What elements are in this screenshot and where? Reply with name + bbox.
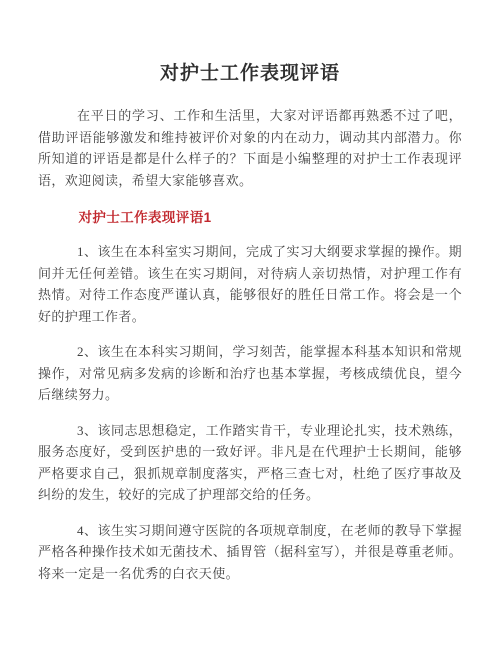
body-paragraph-3: 3、该同志思想稳定，工作踏实肯干，专业理论扎实，技术熟练，服务态度好，受到医护患… [38, 420, 462, 506]
section-heading: 对护士工作表现评语1 [38, 206, 462, 226]
body-paragraph-2: 2、该生在本科实习期间，学习刻苦，能掌握本科基本知识和常规操作，对常见病多发病的… [38, 341, 462, 406]
body-paragraph-4: 4、该生实习期间遵守医院的各项规章制度，在老师的教导下掌握严格各种操作技术如无菌… [38, 520, 462, 585]
intro-paragraph: 在平日的学习、工作和生活里，大家对评语都再熟悉不过了吧，借助评语能够激发和维持被… [38, 105, 462, 191]
document-title: 对护士工作表现评语 [38, 58, 462, 85]
body-paragraph-1: 1、该生在本科室实习期间，完成了实习大纲要求掌握的操作。期间并无任何差错。该生在… [38, 241, 462, 327]
document-page: 对护士工作表现评语 在平日的学习、工作和生活里，大家对评语都再熟悉不过了吧，借助… [0, 0, 500, 647]
